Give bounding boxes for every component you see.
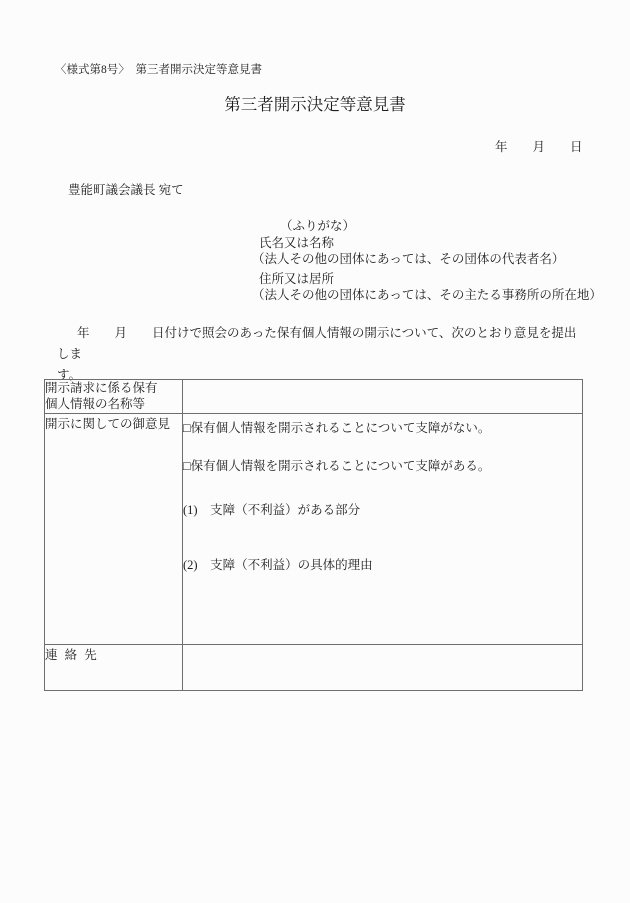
holdings-name-label: 開示請求に係る保有 個人情報の名称等 <box>45 380 183 414</box>
checkbox-no-problem-icon[interactable]: □ <box>183 421 191 435</box>
applicant-block: （ふりがな） 氏名又は名称 （法人その他の団体にあっては、その団体の代表者名） … <box>252 218 602 303</box>
address-note: （法人その他の団体にあっては、その主たる事務所の所在地） <box>252 287 602 303</box>
form-table: 開示請求に係る保有 個人情報の名称等 開示に関しての御意見 □保有個人情報を開示… <box>44 379 583 691</box>
holdings-name-field[interactable] <box>183 380 583 414</box>
name-label: 氏名又は名称 <box>259 235 602 251</box>
opinion-label: 開示に関しての御意見 <box>45 414 183 645</box>
form-number-label: 〈様式第8号〉 第三者開示決定等意見書 <box>55 63 262 77</box>
furigana-label: （ふりがな） <box>280 218 602 234</box>
option-problem-label: 保有個人情報を開示されることについて支障がある。 <box>191 459 491 473</box>
opinion-field: □保有個人情報を開示されることについて支障がない。 □保有個人情報を開示されるこ… <box>183 414 583 645</box>
item-problem-reason: (2) 支障（不利益）の具体的理由 <box>183 557 582 573</box>
option-no-problem-label: 保有個人情報を開示されることについて支障がない。 <box>191 421 491 435</box>
option-problem: □保有個人情報を開示されることについて支障がある。 <box>183 458 582 474</box>
name-note: （法人その他の団体にあっては、その団体の代表者名） <box>252 251 602 267</box>
option-no-problem: □保有個人情報を開示されることについて支障がない。 <box>183 420 582 436</box>
addressee-line: 豊能町議会議長 宛て <box>68 180 184 198</box>
contact-field[interactable] <box>183 645 583 691</box>
checkbox-problem-icon[interactable]: □ <box>183 459 191 473</box>
contact-label: 連 絡 先 <box>45 645 183 691</box>
table-row-opinion: 開示に関しての御意見 □保有個人情報を開示されることについて支障がない。 □保有… <box>45 414 583 645</box>
table-row-contact: 連 絡 先 <box>45 645 583 691</box>
document-page: 〈様式第8号〉 第三者開示決定等意見書 第三者開示決定等意見書 年 月 日 豊能… <box>0 0 630 903</box>
body-paragraph: 年 月 日付けで照会のあった保有個人情報の開示について、次のとおり意見を提出しま… <box>57 323 587 386</box>
item-problem-part: (1) 支障（不利益）がある部分 <box>183 502 582 518</box>
table-row-holdings-name: 開示請求に係る保有 個人情報の名称等 <box>45 380 583 414</box>
address-label: 住所又は居所 <box>259 271 602 287</box>
date-line: 年 月 日 <box>495 137 583 155</box>
page-title: 第三者開示決定等意見書 <box>0 91 630 115</box>
